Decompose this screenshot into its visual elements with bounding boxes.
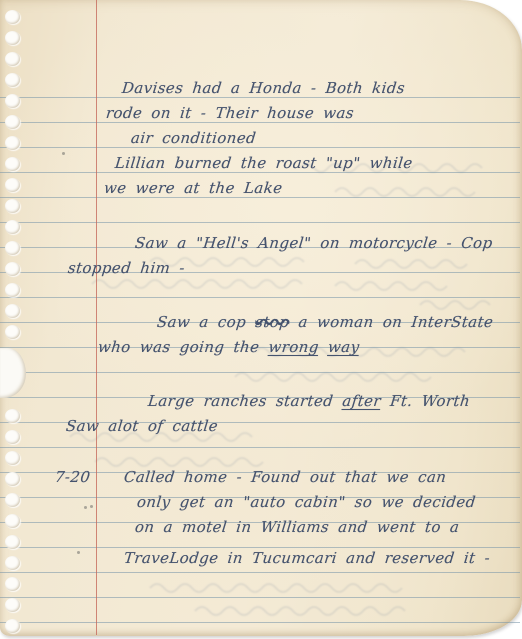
punch-hole: [5, 178, 20, 192]
underlined-word: way: [327, 338, 360, 356]
punch-hole: [5, 430, 20, 444]
handwritten-line: only get an "auto cabin" so we decided: [136, 492, 477, 512]
punch-hole: [5, 31, 20, 45]
handwritten-text: who was going the: [97, 338, 269, 356]
handwritten-line: Davises had a Honda - Both kids: [121, 78, 406, 98]
handwritten-line: Saw a cop stop a woman on InterState: [156, 312, 494, 332]
handwritten-line: Saw alot of cattle: [65, 416, 219, 436]
paper-speck: [62, 152, 65, 155]
punch-hole: [5, 451, 20, 465]
punch-hole: [5, 136, 20, 150]
handwritten-text: Davises had a Honda - Both kids: [121, 79, 406, 97]
paper-speck: [77, 551, 80, 554]
handwritten-text: Large ranches started: [147, 392, 343, 410]
handwritten-line: Lillian burned the roast "up" while: [114, 153, 414, 173]
margin-line: [96, 0, 97, 635]
handwritten-line: TraveLodge in Tucumcari and reserved it …: [123, 548, 491, 568]
handwritten-line: Large ranches started after Ft. Worth: [147, 391, 471, 411]
punch-hole: [5, 514, 20, 528]
punch-hole: [5, 598, 20, 612]
paper-speck: [90, 505, 93, 508]
handwritten-text: on a motel in Williams and went to a: [134, 518, 460, 536]
handwritten-line: air conditioned: [130, 128, 257, 148]
punch-hole: [5, 199, 20, 213]
punch-hole: [5, 409, 20, 423]
handwritten-text: a woman on InterState: [288, 313, 494, 331]
punch-hole: [5, 220, 20, 234]
punch-hole: [5, 262, 20, 276]
handwritten-text: air conditioned: [130, 129, 257, 147]
scanned-notebook-photo: Davises had a Honda - Both kidsrode on i…: [0, 0, 522, 639]
underlined-word: after: [341, 392, 381, 410]
handwritten-line: Called home - Found out that we can: [123, 467, 447, 487]
handwritten-line: who was going the wrong way: [97, 337, 361, 357]
underlined-word: wrong: [268, 338, 320, 356]
punch-hole: [5, 535, 20, 549]
handwritten-text: Called home - Found out that we can: [123, 468, 447, 486]
handwritten-text: rode on it - Their house was: [105, 104, 355, 122]
handwritten-text: Saw a cop: [156, 313, 256, 331]
handwritten-text: Saw alot of cattle: [65, 417, 219, 435]
date-label: 7-20: [54, 467, 91, 487]
punch-hole: [5, 493, 20, 507]
punch-hole: [5, 241, 20, 255]
punch-hole: [5, 10, 20, 24]
punch-hole: [5, 472, 20, 486]
handwritten-text: only get an "auto cabin" so we decided: [136, 493, 477, 511]
handwritten-text: Ft. Worth: [380, 392, 471, 410]
handwritten-line: rode on it - Their house was: [105, 103, 355, 123]
punch-hole: [5, 52, 20, 66]
handwritten-text: stopped him -: [67, 259, 186, 277]
punch-hole: [5, 304, 20, 318]
punch-hole: [5, 325, 20, 339]
punch-hole: [5, 73, 20, 87]
punch-hole: [5, 157, 20, 171]
punch-hole: [5, 283, 20, 297]
punch-hole: [5, 556, 20, 570]
punch-hole: [5, 619, 20, 633]
crossed-out-word: stop: [254, 313, 290, 331]
punch-hole: [5, 94, 20, 108]
handwritten-text: Saw a "Hell's Angel" on motorcycle - Cop: [134, 234, 494, 252]
handwritten-line: Saw a "Hell's Angel" on motorcycle - Cop: [134, 233, 494, 253]
punch-hole: [5, 115, 20, 129]
handwritten-line: stopped him -: [67, 258, 186, 278]
handwritten-line: on a motel in Williams and went to a: [134, 517, 461, 537]
handwritten-text: 7-20: [54, 468, 91, 486]
handwritten-text: Lillian burned the roast "up" while: [114, 154, 414, 172]
handwritten-text: TraveLodge in Tucumcari and reserved it …: [123, 549, 491, 567]
handwritten-line: we were at the Lake: [103, 178, 284, 198]
paper-speck: [84, 506, 87, 509]
handwritten-text: we were at the Lake: [103, 179, 283, 197]
punch-hole: [5, 577, 20, 591]
